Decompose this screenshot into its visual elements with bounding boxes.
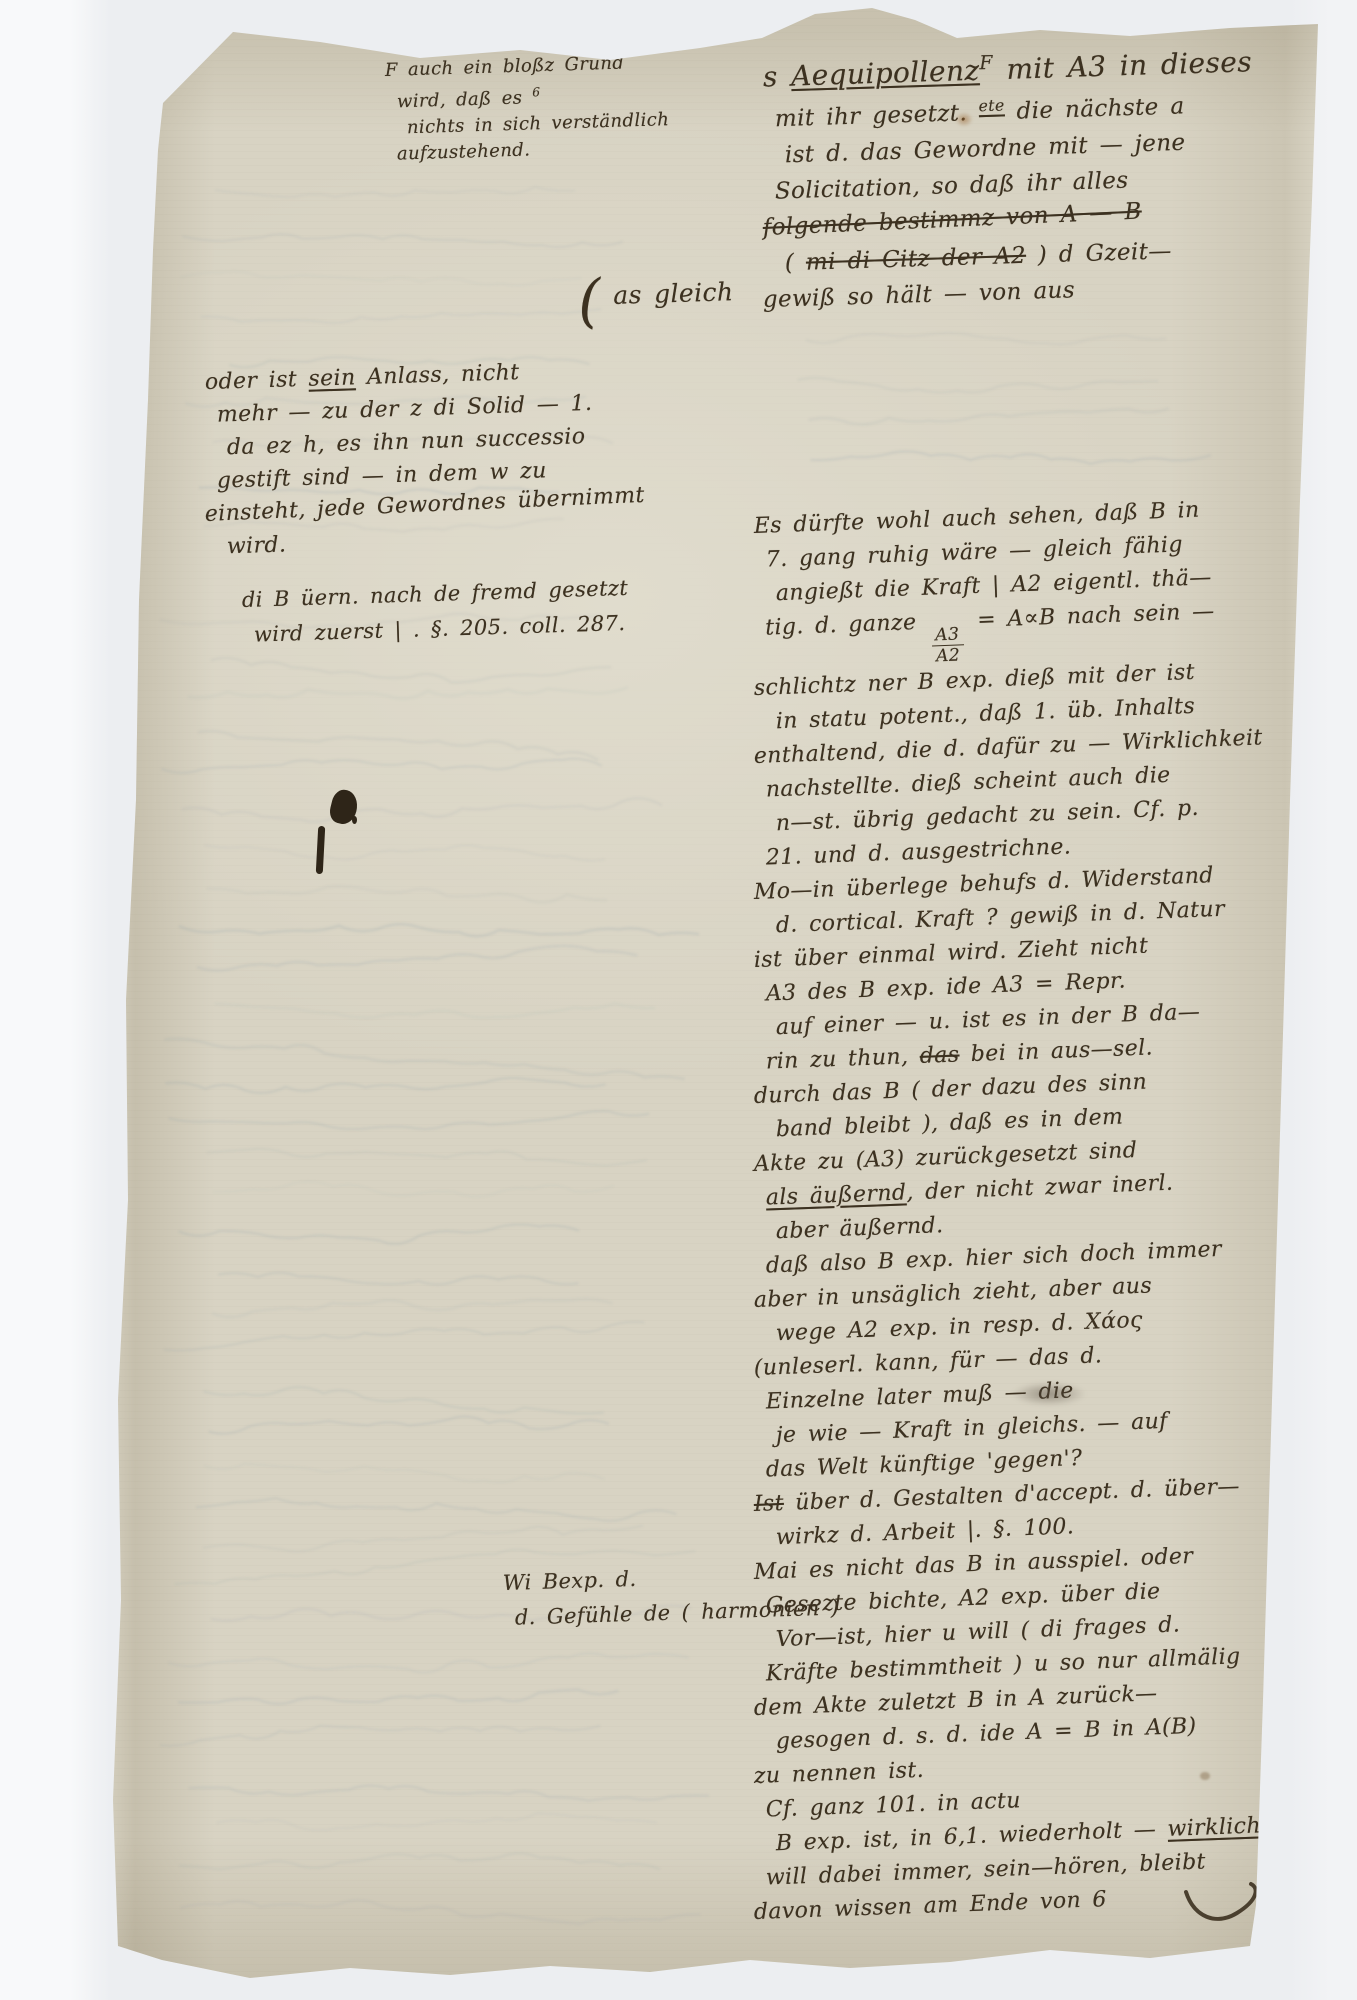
text-segment: Cf. ganz 101. in actu: [765, 1788, 1021, 1822]
text-segment: mi di Citz der A2: [806, 243, 1027, 276]
manuscript-line: ( as gleich: [577, 277, 733, 312]
text-segment: die nächste a: [1004, 94, 1185, 126]
ink-stroke-mark: [316, 826, 326, 874]
text-segment: sein: [308, 365, 356, 391]
text-segment: Aequipollenz: [791, 54, 981, 93]
text-segment: d. Gefühle de ( harmonien ): [514, 1595, 839, 1629]
text-segment: gewiß so hält — von aus: [762, 277, 1075, 313]
text-segment: aber äußernd.: [775, 1213, 944, 1244]
ink-dot: [352, 816, 357, 824]
citation-paragraph-205: di B üern. nach de fremd gesetztwird zue…: [242, 583, 628, 653]
text-segment: bei in aus—sel.: [959, 1035, 1153, 1067]
text-segment: (: [577, 266, 602, 335]
manuscript-paper: F auch ein bloßz Grundwird, daß es 6nich…: [0, 0, 1357, 2000]
text-segment: das: [919, 1042, 960, 1068]
side-note-b-exp: Wi Bexp. d.d. Gefühle de ( harmonien ): [503, 1566, 828, 1636]
text-segment: Anlass, nicht: [355, 360, 520, 390]
text-segment: ? u.: [1261, 1812, 1307, 1839]
text-segment: Wi Bexp. d.: [502, 1567, 636, 1595]
text-segment: ete: [978, 96, 1005, 116]
text-segment: Ist: [753, 1491, 784, 1517]
text-segment: as gleich: [600, 277, 733, 310]
text-segment: (: [784, 250, 806, 277]
marginal-note-top-left: F auch ein bloßz Grundwird, daß es 6nich…: [385, 58, 647, 168]
text-segment: 6: [532, 85, 541, 99]
text-segment: oder ist: [205, 367, 309, 395]
text-segment: s: [762, 60, 791, 94]
brown-stain: [955, 112, 973, 127]
text-segment: di B üern. nach de fremd gesetzt: [241, 576, 628, 612]
text-segment: als äußernd: [765, 1180, 906, 1210]
scan-backdrop: F auch ein bloßz Grundwird, daß es 6nich…: [0, 0, 1357, 2000]
text-segment: ) d Gzeit—: [1026, 238, 1172, 269]
small-stain: [1200, 1772, 1210, 1780]
smudge-mark: [1012, 1382, 1086, 1406]
left-paragraph: oder ist sein Anlass, nichtmehr — zu der…: [205, 366, 645, 564]
text-segment: = A∝B nach sein —: [965, 599, 1215, 633]
text-segment: tig. d. ganze: [765, 610, 928, 641]
heading-block-aequipollenz: s AequipollenzF mit A3 in diesesmit ihr …: [763, 52, 1252, 318]
text-segment: wird, daß es: [397, 87, 533, 112]
text-segment: aufzustehend.: [397, 139, 531, 164]
text-segment: F: [979, 52, 993, 74]
text-segment: zu nennen ist.: [753, 1758, 924, 1789]
text-segment: , der nicht zwar inerl.: [906, 1171, 1174, 1206]
main-right-column: Es dürfte wohl auch sehen, daß B in7. ga…: [754, 510, 1285, 1930]
text-segment: wirkz d. Arbeit |. §. 100.: [775, 1514, 1074, 1550]
text-segment: rin zu thun,: [765, 1044, 920, 1075]
text-segment: A3A2: [931, 625, 965, 665]
text-segment: wird zuerst | . §. 205. coll. 287.: [253, 611, 625, 647]
text-segment: mit ihr gesetzt.: [775, 100, 980, 132]
text-segment: wird.: [226, 532, 286, 559]
text-segment: wirklich: [1167, 1813, 1261, 1841]
inset-parenthesis-note: ( as gleich: [578, 282, 734, 312]
